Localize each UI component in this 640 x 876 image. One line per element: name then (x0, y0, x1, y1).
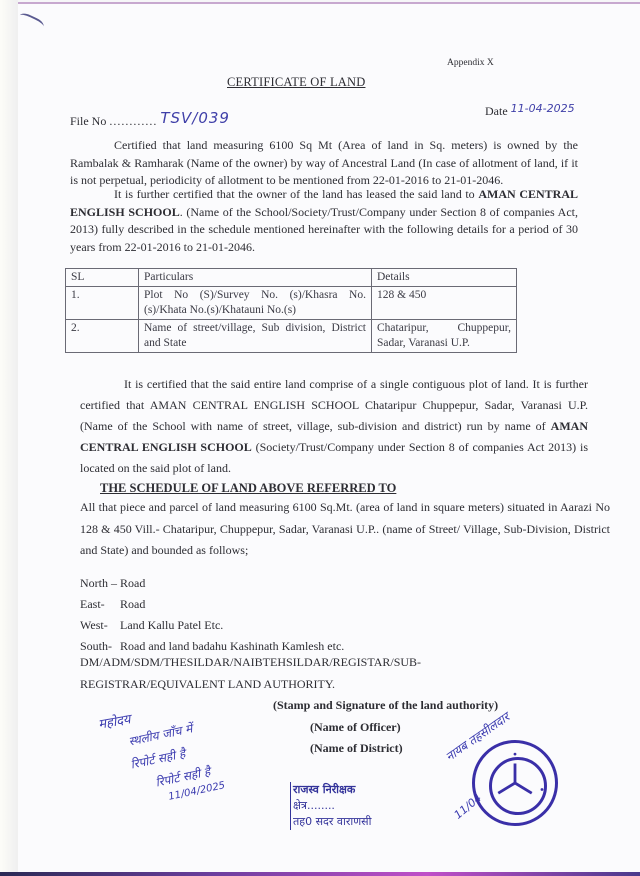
appendix-label: Appendix X (447, 58, 494, 68)
date-value: 11-04-2025 (511, 102, 575, 115)
document-title: CERTIFICATE OF LAND (227, 75, 365, 90)
date-field: Date ........... 11-04-2025 (485, 104, 575, 119)
cell-sl: 2. (66, 320, 139, 353)
contiguous-text-1: It is certified that the said entire lan… (80, 377, 588, 433)
table-row: 1. Plot No (S)/Survey No. (s)/Khasra No.… (66, 287, 517, 320)
file-number: File No ............ TSV/039 (70, 111, 230, 129)
header-sl: SL (66, 269, 139, 287)
table-header-row: SL Particulars Details (66, 269, 517, 287)
land-details-table: SL Particulars Details 1. Plot No (S)/Su… (65, 268, 517, 353)
authority-line-1: DM/ADM/SDM/THESILDAR/NAIBTEHSILDAR/REGIS… (80, 652, 480, 674)
authority-designation: DM/ADM/SDM/THESILDAR/NAIBTEHSILDAR/REGIS… (80, 652, 480, 695)
header-details: Details (372, 269, 517, 287)
cell-details: Chataripur, Chuppepur, Sadar, Varanasi U… (372, 320, 517, 353)
scan-bottom-edge (0, 872, 640, 876)
boundary-north: North –Road (80, 573, 344, 594)
seal-emblem-icon (475, 743, 555, 823)
official-round-seal (472, 740, 558, 826)
file-no-value: TSV/039 (160, 109, 230, 127)
date-label: Date (485, 104, 508, 118)
file-no-dots: ............ (109, 114, 157, 128)
paragraph-schedule: All that piece and parcel of land measur… (80, 497, 610, 562)
file-no-label: File No (70, 114, 106, 128)
paragraph-lease: It is further certified that the owner o… (70, 186, 578, 256)
cell-sl: 1. (66, 287, 139, 320)
lease-text-before: It is further certified that the owner o… (114, 187, 478, 201)
paragraph-contiguous: It is certified that the said entire lan… (80, 374, 588, 479)
revenue-inspector-stamp: राजस्व निरीक्षक क्षेत्र........ तह0 सदर … (290, 782, 371, 830)
header-particulars: Particulars (139, 269, 372, 287)
boundaries-list: North –Road East-Road West-Land Kallu Pa… (80, 573, 344, 657)
cell-details: 128 & 450 (372, 287, 517, 320)
table-row: 2. Name of street/village, Sub division,… (66, 320, 517, 353)
stamp-signature-label: (Stamp and Signature of the land authori… (273, 695, 498, 717)
schedule-heading: THE SCHEDULE OF LAND ABOVE REFERRED TO (100, 481, 396, 496)
authority-line-2: REGISTRAR/EQUIVALENT LAND AUTHORITY. (80, 674, 480, 696)
scan-left-edge (0, 0, 18, 876)
cell-particulars: Plot No (S)/Survey No. (s)/Khasra No. (s… (139, 287, 372, 320)
boundary-west: West-Land Kallu Patel Etc. (80, 615, 344, 636)
boundary-east: East-Road (80, 594, 344, 615)
paragraph-ownership: Certified that land measuring 6100 Sq Mt… (70, 137, 578, 190)
cell-particulars: Name of street/village, Sub division, Di… (139, 320, 372, 353)
